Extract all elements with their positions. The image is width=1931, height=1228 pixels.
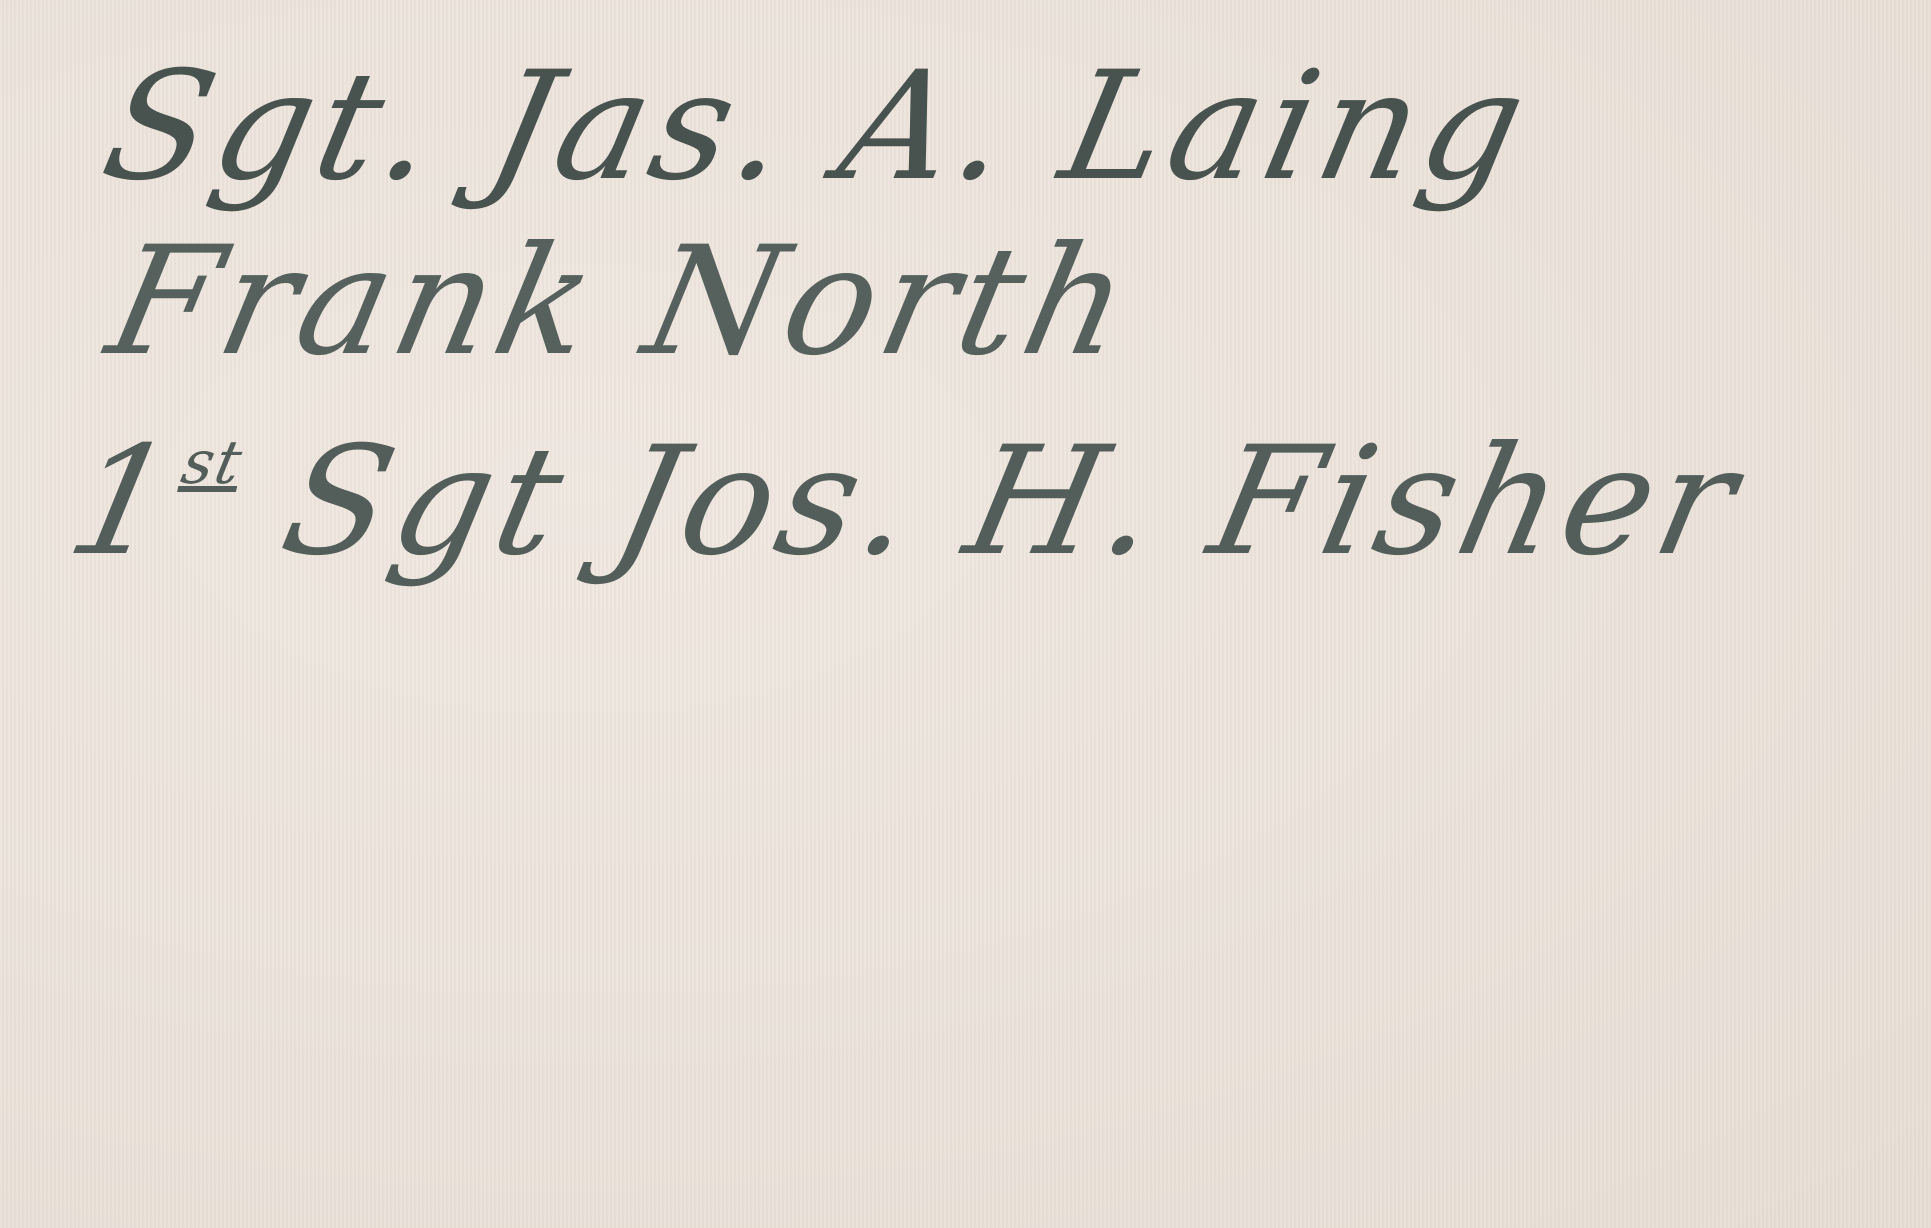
line-3-name: Sgt Jos. H. Fisher (269, 415, 1756, 589)
handwritten-card: Sgt. Jas. A. Laing Frank North 1st Sgt J… (0, 0, 1931, 1228)
handwritten-line-2: Frank North (95, 215, 1149, 389)
handwritten-line-3: 1st Sgt Jos. H. Fisher (55, 415, 1756, 589)
rank-ordinal: st (176, 428, 250, 498)
handwritten-line-1: Sgt. Jas. A. Laing (90, 40, 1545, 214)
rank-number: 1 (55, 415, 193, 589)
